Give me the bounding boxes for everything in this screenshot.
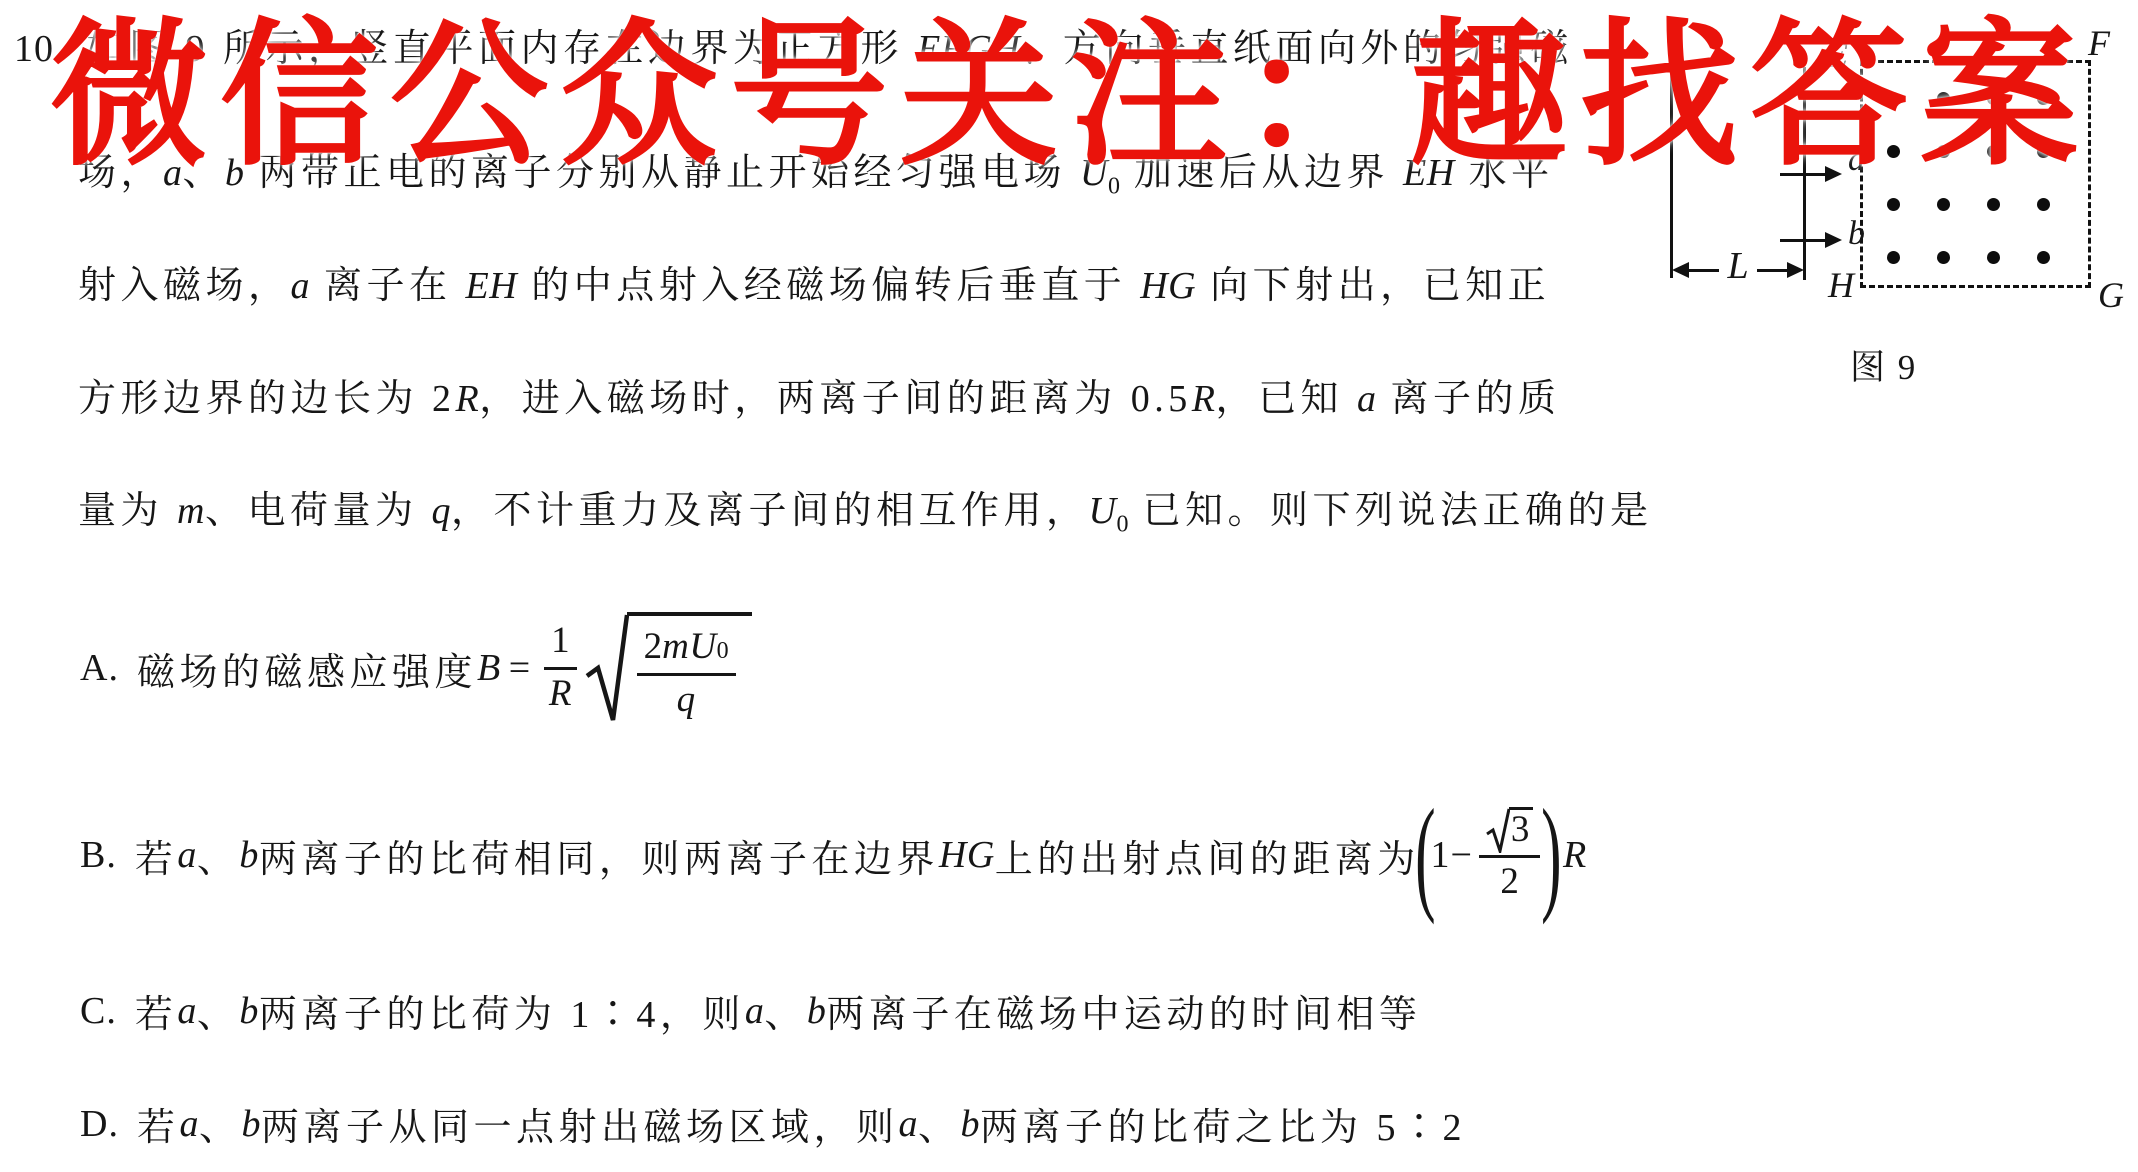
arrow-head-right-icon — [1787, 262, 1804, 278]
text-segment: ，进入磁场时，两离子间的距离为 0.5 — [479, 378, 1192, 420]
text-segment: 的中点射入经磁场偏转后垂直于 — [517, 265, 1140, 307]
fraction-denominator: q — [677, 676, 696, 722]
fraction-sqrt3-over-2: 3 2 — [1479, 807, 1541, 904]
figure-caption: 图 9 — [1850, 340, 1917, 390]
var-a: a — [899, 1102, 919, 1146]
exam-page: 10.如图 9 所示，竖直平面内存在边界为正方形 EFGH、方向垂直纸面向外的匀… — [0, 0, 2138, 1172]
var-a: a — [291, 265, 311, 307]
watermark-text: 微信公众号关注：趣找答案 — [50, 14, 2090, 180]
text-segment: 两离子的比荷之比为 5∶2 — [980, 1096, 1466, 1151]
var-HG: HG — [939, 833, 995, 877]
var-a: a — [177, 989, 197, 1033]
var-q: q — [431, 490, 451, 532]
label-H: H — [1828, 267, 1854, 303]
var-b: b — [239, 989, 259, 1033]
text-segment: 、 — [197, 828, 240, 883]
question-line-3: 射入磁场，a 离子在 EH 的中点射入经磁场偏转后垂直于 HG 向下射出，已知正 — [78, 263, 1550, 309]
text-segment: 若 — [137, 1096, 180, 1151]
var-b: b — [241, 1102, 261, 1146]
label-F: F — [2088, 25, 2110, 61]
open-paren: ( — [1415, 796, 1435, 914]
field-dot — [1987, 198, 2000, 211]
text-segment: 、 — [764, 983, 807, 1038]
field-dot — [1987, 251, 2000, 264]
radicand: 2mU0 q — [627, 612, 752, 721]
text-segment: 离子的质 — [1376, 378, 1560, 420]
fraction-denominator: 2 — [1500, 858, 1519, 904]
text-segment: 已知。则下列说法正确的是 — [1128, 490, 1652, 532]
equals-sign: = — [509, 646, 530, 690]
text-segment: 两离子的比荷为 1∶4，则 — [259, 983, 745, 1038]
var-b: b — [961, 1102, 981, 1146]
var-R: R — [456, 378, 480, 420]
text-segment: 、电荷量为 — [205, 490, 432, 532]
option-c-label: C. — [80, 989, 117, 1033]
var-m: m — [177, 490, 205, 532]
question-line-4: 方形边界的边长为 2R，进入磁场时，两离子间的距离为 0.5R，已知 a 离子的… — [78, 376, 1561, 422]
text-segment: 方形边界的边长为 2 — [78, 378, 456, 420]
var-R: R — [1563, 833, 1587, 877]
arrow-shaft — [1780, 239, 1825, 242]
text-segment: 两离子在磁场中运动的时间相等 — [826, 983, 1421, 1038]
small-radical: 3 — [1486, 807, 1534, 853]
text-segment: 两离子的比荷相同，则两离子在边界 — [259, 828, 939, 883]
arrow-head-right-icon — [1825, 232, 1842, 248]
subscript-0: 0 — [717, 638, 729, 666]
radical-expression: 2mU0 q — [585, 612, 752, 724]
radicand: 3 — [1509, 807, 1534, 850]
var-b: b — [239, 833, 259, 877]
option-d: D. 若 a 、 b 两离子从同一点射出磁场区域，则 a 、 b 两离子的比荷之… — [80, 1096, 1466, 1151]
dimension-line — [1757, 269, 1787, 272]
dimension-L: L — [1672, 251, 1804, 289]
radical-sign-icon — [585, 612, 629, 724]
fraction-1-over-R: 1 R — [544, 620, 577, 715]
var-a: a — [177, 833, 197, 877]
text-segment: 若 — [135, 828, 178, 883]
text-segment: 上的出射点间的距离为 — [995, 828, 1420, 883]
field-dot — [1937, 198, 1950, 211]
field-dot — [2037, 198, 2050, 211]
var-EH: EH — [466, 265, 518, 307]
option-b: B. 若 a 、 b 两离子的比荷相同，则两离子在边界 HG 上的出射点间的距离… — [80, 790, 1587, 920]
arrow-head-left-icon — [1672, 262, 1689, 278]
field-dot — [2037, 251, 2050, 264]
var-a: a — [745, 989, 765, 1033]
var-HG: HG — [1140, 265, 1196, 307]
text-segment: 磁场的磁感应强度 — [137, 641, 477, 696]
option-a-label: A. — [80, 646, 119, 690]
var-m: m — [662, 626, 689, 669]
var-a: a — [179, 1102, 199, 1146]
text-segment: 离子在 — [310, 265, 466, 307]
fraction-numerator: 1 — [544, 620, 577, 670]
var-U0: U — [1089, 490, 1117, 532]
field-dot — [1887, 198, 1900, 211]
field-dot — [1937, 251, 1950, 264]
var-B: B — [477, 646, 501, 690]
option-c: C. 若 a 、 b 两离子的比荷为 1∶4，则 a 、 b 两离子在磁场中运动… — [80, 983, 1421, 1038]
var-U: U — [689, 626, 716, 669]
fraction-denominator: R — [549, 670, 572, 716]
text-segment: 量为 — [78, 490, 177, 532]
text-segment: 若 — [135, 983, 178, 1038]
var-b: b — [807, 989, 827, 1033]
option-d-label: D. — [80, 1102, 119, 1146]
dimension-line — [1689, 269, 1719, 272]
fraction-2mU0-over-q: 2mU0 q — [637, 626, 736, 721]
var-R: R — [1192, 378, 1216, 420]
text-segment: ，已知 — [1215, 378, 1357, 420]
text-segment: 向下射出，已知正 — [1196, 265, 1550, 307]
text-segment: 、 — [197, 983, 240, 1038]
fraction-numerator: 3 — [1479, 807, 1541, 858]
question-line-5: 量为 m、电荷量为 q，不计重力及离子间的相互作用，U0 已知。则下列说法正确的… — [78, 488, 1652, 548]
fraction-numerator: 2mU0 — [637, 626, 736, 676]
option-a: A. 磁场的磁感应强度 B = 1 R 2mU0 q — [80, 598, 752, 738]
text-segment: 、 — [199, 1096, 242, 1151]
one-minus: 1− — [1430, 833, 1472, 877]
text-segment: 射入磁场， — [78, 265, 291, 307]
coef-2: 2 — [644, 626, 663, 669]
var-a: a — [1357, 378, 1377, 420]
field-dot — [1887, 251, 1900, 264]
text-segment: 、 — [918, 1096, 961, 1151]
radical-sign-icon — [1486, 807, 1510, 853]
subscript-0: 0 — [1116, 512, 1128, 538]
label-G: G — [2098, 277, 2124, 313]
close-paren: ) — [1541, 796, 1561, 914]
ion-b-arrow — [1780, 232, 1842, 248]
text-segment: 两离子从同一点射出磁场区域，则 — [261, 1096, 899, 1151]
label-ion-b: b — [1848, 217, 1865, 251]
option-b-label: B. — [80, 833, 117, 877]
text-segment: ，不计重力及离子间的相互作用， — [451, 490, 1089, 532]
label-L: L — [1727, 247, 1748, 285]
